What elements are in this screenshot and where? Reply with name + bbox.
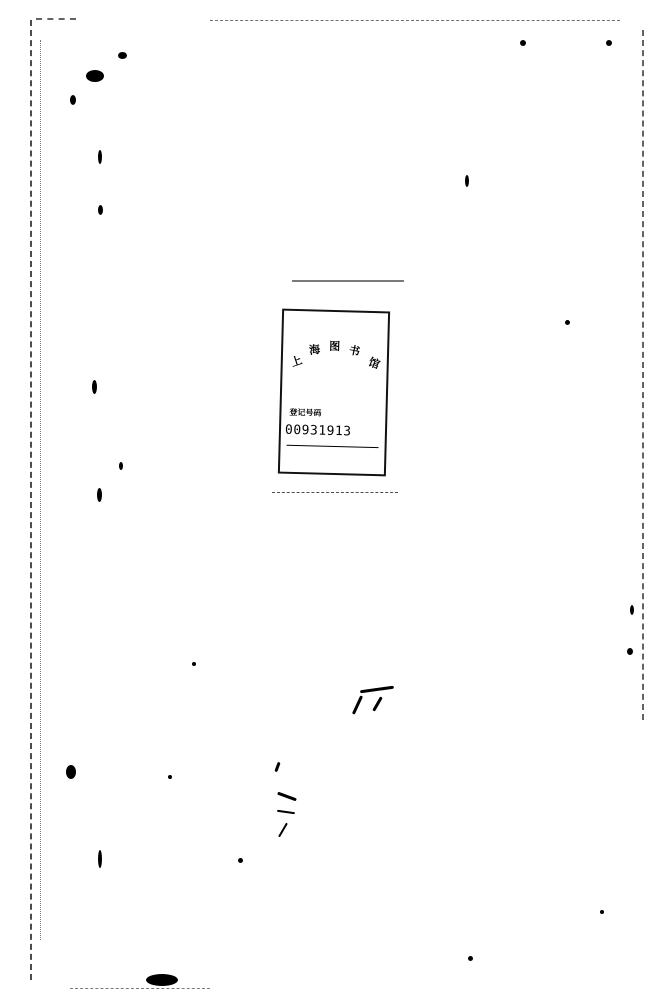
cover-right-edge	[640, 30, 644, 720]
cover-bottom-edge	[70, 988, 210, 990]
library-catalog-label: 上 海 图 书 馆 登记号码 00931913	[278, 309, 390, 477]
cover-spine-line	[40, 40, 43, 940]
label-char: 海	[308, 341, 321, 358]
label-shadow-top	[292, 280, 404, 283]
cover-left-edge	[30, 20, 35, 980]
registration-label: 登记号码	[289, 407, 321, 419]
label-char: 上	[289, 352, 305, 371]
label-shadow-bottom	[272, 492, 398, 494]
cover-top-left-edge	[36, 18, 76, 21]
scanned-cover-page: 上 海 图 书 馆 登记号码 00931913	[0, 0, 666, 998]
registration-number: 00931913	[285, 423, 352, 440]
label-char: 书	[348, 342, 362, 360]
label-char: 图	[329, 338, 340, 354]
cover-top-edge	[210, 20, 620, 22]
label-institution: 上 海 图 书 馆	[283, 331, 388, 374]
label-underline	[287, 445, 379, 448]
label-char: 馆	[366, 354, 382, 373]
